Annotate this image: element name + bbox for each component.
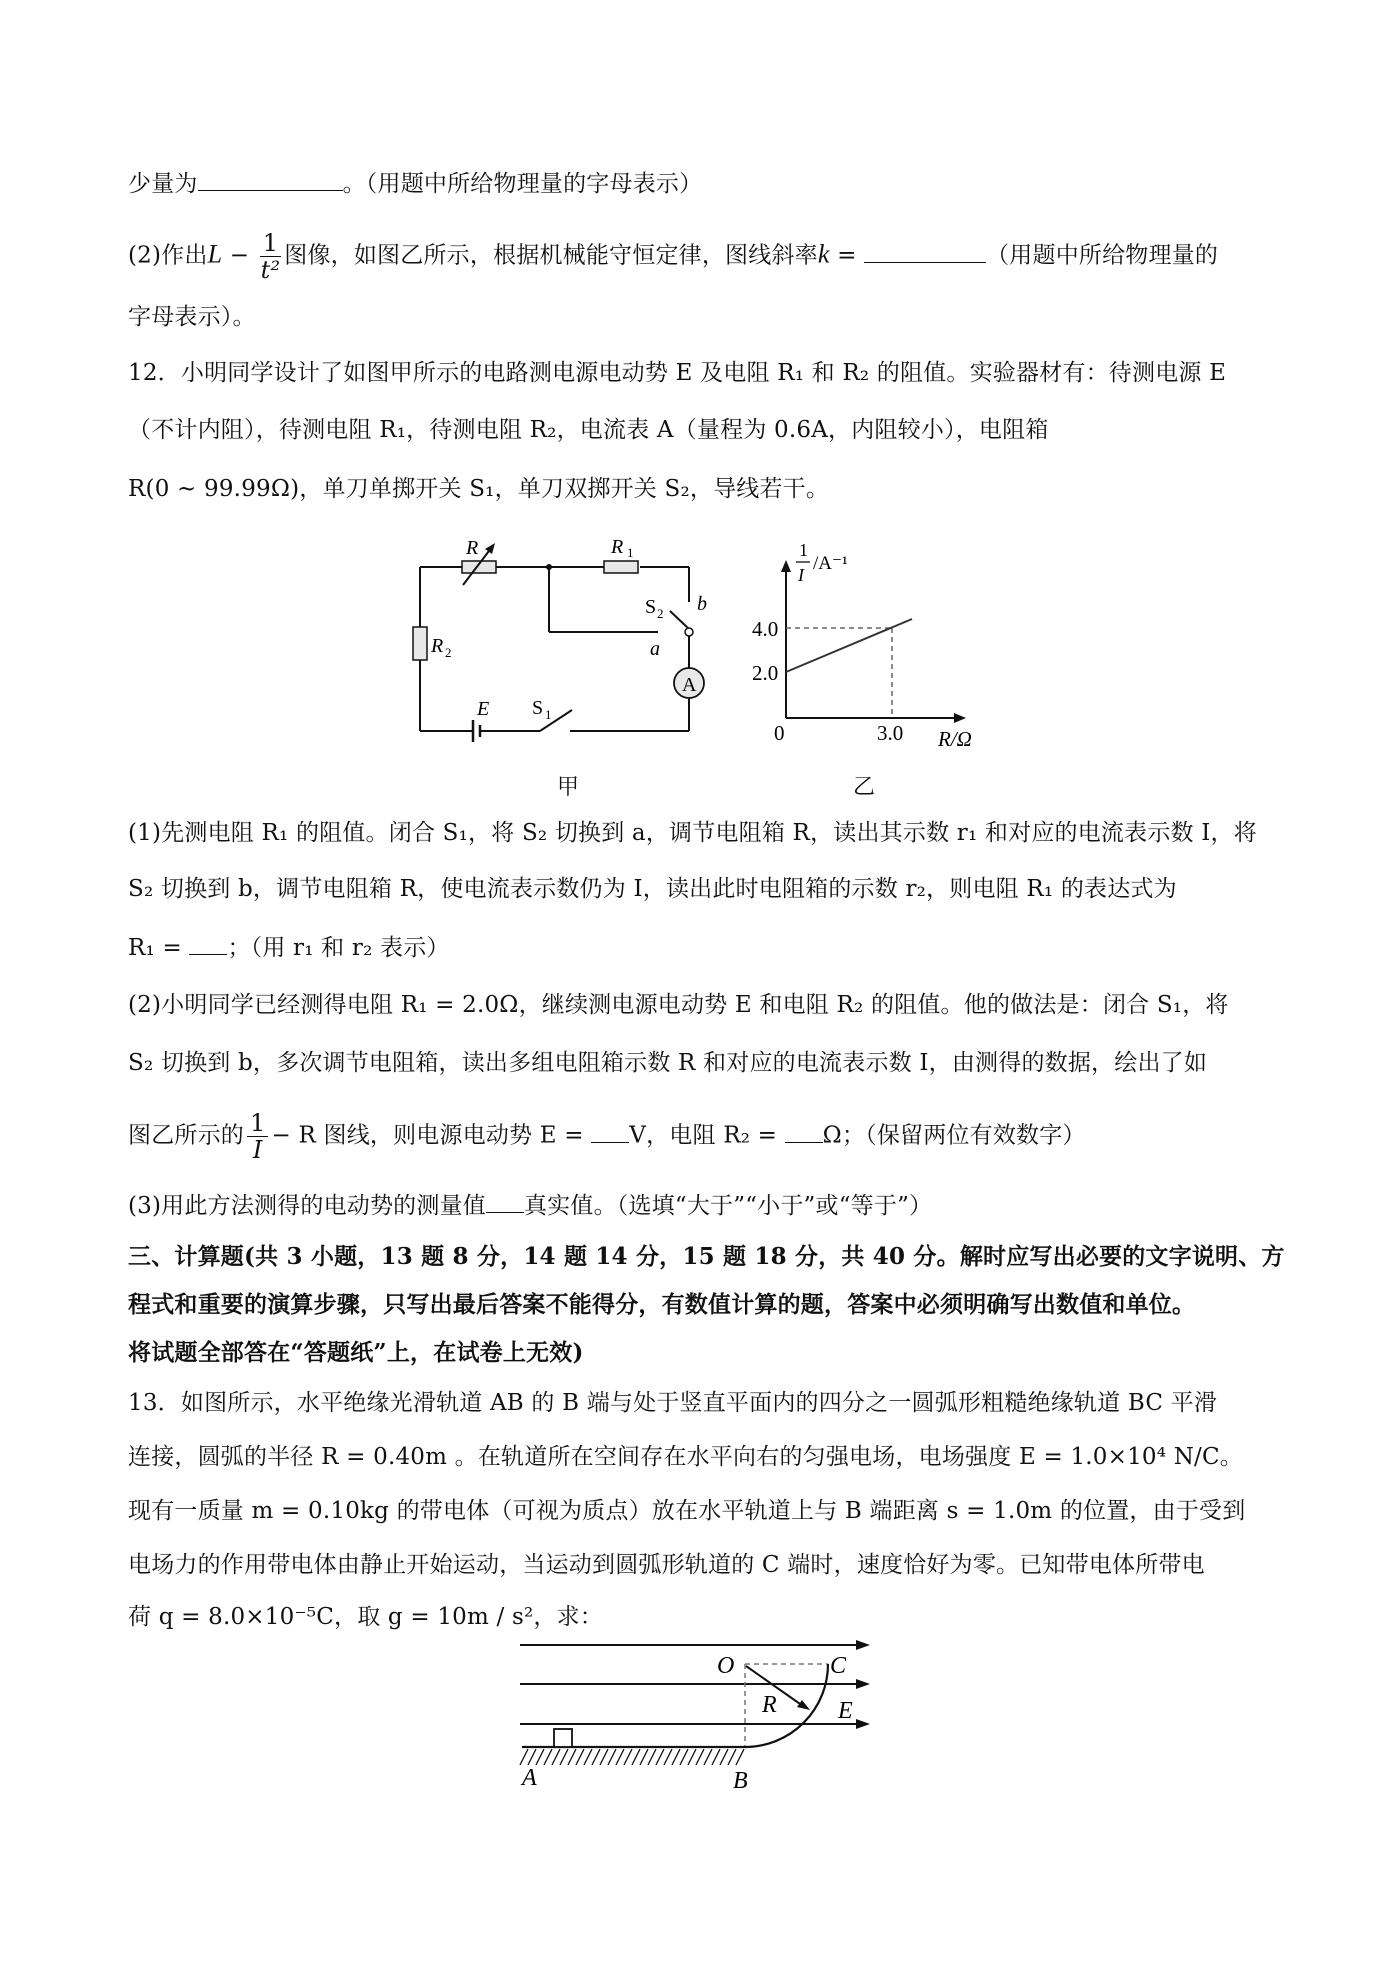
answer-blank[interactable] [198, 168, 343, 191]
radius-arrow-icon [797, 1700, 810, 1710]
label-R2-sub: 2 [445, 645, 452, 660]
math-eq: = [830, 243, 865, 269]
frac-num: 1 [247, 1110, 268, 1137]
label-R: R [761, 1692, 777, 1718]
fraction-1-over-I: 1I [247, 1110, 268, 1163]
y-label-num: 1 [799, 540, 808, 560]
q11-part2-line2: 字母表示）。 [128, 302, 256, 332]
label-C: C [830, 1653, 847, 1679]
arrow-icon [485, 543, 495, 554]
answer-blank[interactable] [864, 240, 986, 263]
label-R2: R [430, 635, 443, 657]
q11-part2-text: （用题中所给物理量的 [986, 243, 1218, 269]
q12-part1-line1: (1)先测电阻 R₁ 的阻值。闭合 S₁，将 S₂ 切换到 a，调节电阻箱 R，… [128, 818, 1257, 848]
section3-line3: 将试题全部答在“答题纸”上，在试卷上无效) [128, 1338, 584, 1368]
q13-line3: 现有一质量 m = 0.10kg 的带电体（可视为质点）放在水平轨道上与 B 端… [128, 1496, 1245, 1526]
x-axis-label: R/Ω [937, 727, 972, 751]
q12-part1-hint: ；（用 r₁ 和 r₂ 表示） [227, 935, 449, 961]
arc-track [745, 1664, 828, 1747]
label-E: E [476, 698, 489, 720]
y-label-den: I [797, 565, 805, 585]
y-axis-arrow-icon [781, 560, 791, 572]
field-arrow-icon [856, 1640, 870, 1650]
q12-part2-line1: (2)小明同学已经测得电阻 R₁ = 2.0Ω，继续测电源电动势 E 和电阻 R… [128, 990, 1229, 1020]
y-tick-4: 4.0 [752, 617, 778, 641]
x-tick-3: 3.0 [877, 721, 903, 745]
y-tick-2: 2.0 [752, 661, 778, 685]
q12-part2-text: − R 图线，则电源电动势 E = [271, 1123, 591, 1149]
q12-part3: (3)用此方法测得的电动势的测量值真实值。（选填“大于”“小于”或“等于”） [128, 1190, 932, 1221]
junction-dot [546, 564, 552, 570]
q12-part2-text: 图乙所示的 [128, 1123, 244, 1149]
math-minus: − [222, 243, 257, 269]
label-R: R [465, 537, 478, 559]
resistor-R2 [413, 627, 427, 660]
label-b: b [697, 593, 707, 615]
q13-line4: 电场力的作用带电体由静止开始运动，当运动到圆弧形轨道的 C 端时，速度恰好为零。… [128, 1550, 1205, 1580]
q12-line1: 12．小明同学设计了如图甲所示的电路测电源电动势 E 及电阻 R₁ 和 R₂ 的… [128, 358, 1226, 388]
math-k: k [818, 240, 830, 269]
q12-line3: R(0 ~ 99.99Ω)，单刀单掷开关 S₁，单刀双掷开关 S₂，导线若干。 [128, 474, 829, 504]
label-S1: S [532, 697, 543, 719]
track-diagram: O C R E A B [500, 1630, 900, 1810]
q13-line2: 连接，圆弧的半径 R = 0.40m 。在轨道所在空间存在水平向右的匀强电场，电… [128, 1442, 1243, 1472]
q12-part2-text: Ω；（保留两位有效数字） [823, 1123, 1086, 1149]
q11-text: 。（用题中所给物理量的字母表示） [343, 171, 703, 197]
q12-part2-line2: S₂ 切换到 b，多次调节电阻箱，读出多组电阻箱示数 R 和对应的电流表示数 I… [128, 1048, 1207, 1078]
q12-part1-line3: R₁ = ；（用 r₁ 和 r₂ 表示） [128, 932, 450, 963]
math-L: L [208, 240, 223, 269]
section3-line2: 程式和重要的演算步骤，只写出最后答案不能得分，有数值计算的题，答案中必须明确写出… [128, 1290, 1195, 1320]
label-B: B [733, 1768, 748, 1794]
switch-pivot [685, 628, 693, 636]
q11-line1: 少量为。（用题中所给物理量的字母表示） [128, 168, 702, 199]
label-a: a [650, 638, 660, 660]
label-S2-sub: 2 [657, 606, 664, 621]
q11-part2-line1: (2)作出L − 1t²图像，如图乙所示，根据机械能守恒定律，图线斜率k = （… [128, 230, 1218, 283]
y-label-unit: /A⁻¹ [813, 553, 848, 574]
q13-line1: 13．如图所示，水平绝缘光滑轨道 AB 的 B 端与处于竖直平面内的四分之一圆弧… [128, 1388, 1217, 1418]
circuit-svg: A R R 1 R 2 S 2 b a E S 1 [400, 530, 720, 760]
q11-part2-text: (2)作出 [128, 243, 208, 269]
field-arrow-icon [856, 1719, 870, 1729]
answer-blank-compare[interactable] [486, 1190, 524, 1213]
label-S1-sub: 1 [545, 707, 552, 722]
section3-line1: 三、计算题(共 3 小题，13 题 8 分，14 题 14 分，15 题 18 … [128, 1242, 1285, 1272]
track-svg: O C R E A B [500, 1630, 900, 1810]
chart-yi: 4.0 2.0 0 3.0 R/Ω 1 I /A⁻¹ [740, 530, 1000, 760]
label-O: O [717, 1653, 734, 1679]
q12-line2: （不计内阻），待测电阻 R₁，待测电阻 R₂，电流表 A（量程为 0.6A，内阻… [128, 415, 1049, 445]
caption-jia: 甲 [557, 770, 579, 801]
charged-body [554, 1729, 572, 1747]
circuit-diagram-jia: A R R 1 R 2 S 2 b a E S 1 [400, 530, 720, 760]
q12-part1-line2: S₂ 切换到 b，调节电阻箱 R，使电流表示数仍为 I，读出此时电阻箱的示数 r… [128, 874, 1177, 904]
chart-svg: 4.0 2.0 0 3.0 R/Ω 1 I /A⁻¹ [740, 530, 1000, 760]
origin-label: 0 [774, 721, 785, 745]
fraction-1-over-t2: 1t² [260, 230, 281, 283]
data-line [786, 619, 912, 672]
q11-part2-text: 图像，如图乙所示，根据机械能守恒定律，图线斜率 [284, 243, 818, 269]
answer-blank-r2[interactable] [785, 1120, 823, 1143]
resistor-R1 [604, 561, 638, 573]
label-R1-sub: 1 [627, 545, 634, 560]
caption-yi: 乙 [853, 770, 875, 801]
q12-part2-text: V，电阻 R₂ = [629, 1123, 784, 1149]
label-S2: S [645, 596, 656, 618]
field-arrow-icon [856, 1679, 870, 1689]
q13-line5: 荷 q = 8.0×10⁻⁵C，取 g = 10m / s²，求： [128, 1602, 603, 1632]
x-axis-arrow-icon [954, 713, 966, 723]
label-A: A [520, 1765, 537, 1791]
ammeter-label: A [682, 674, 697, 696]
label-R1: R [610, 536, 623, 558]
answer-blank-emf[interactable] [591, 1120, 629, 1143]
q12-part3-text: (3)用此方法测得的电动势的测量值 [128, 1193, 486, 1219]
q11-text: 少量为 [128, 171, 198, 197]
frac-num: 1 [260, 230, 281, 257]
q12-part2-line3: 图乙所示的1I− R 图线，则电源电动势 E = V，电阻 R₂ = Ω；（保留… [128, 1110, 1086, 1163]
label-E: E [837, 1698, 853, 1724]
frac-den: t² [261, 257, 281, 283]
frac-den: I [253, 1137, 263, 1163]
answer-blank-r1[interactable] [189, 932, 227, 955]
q12-part3-text: 真实值。（选填“大于”“小于”或“等于”） [524, 1193, 932, 1219]
r1-eq-label: R₁ = [128, 935, 189, 961]
